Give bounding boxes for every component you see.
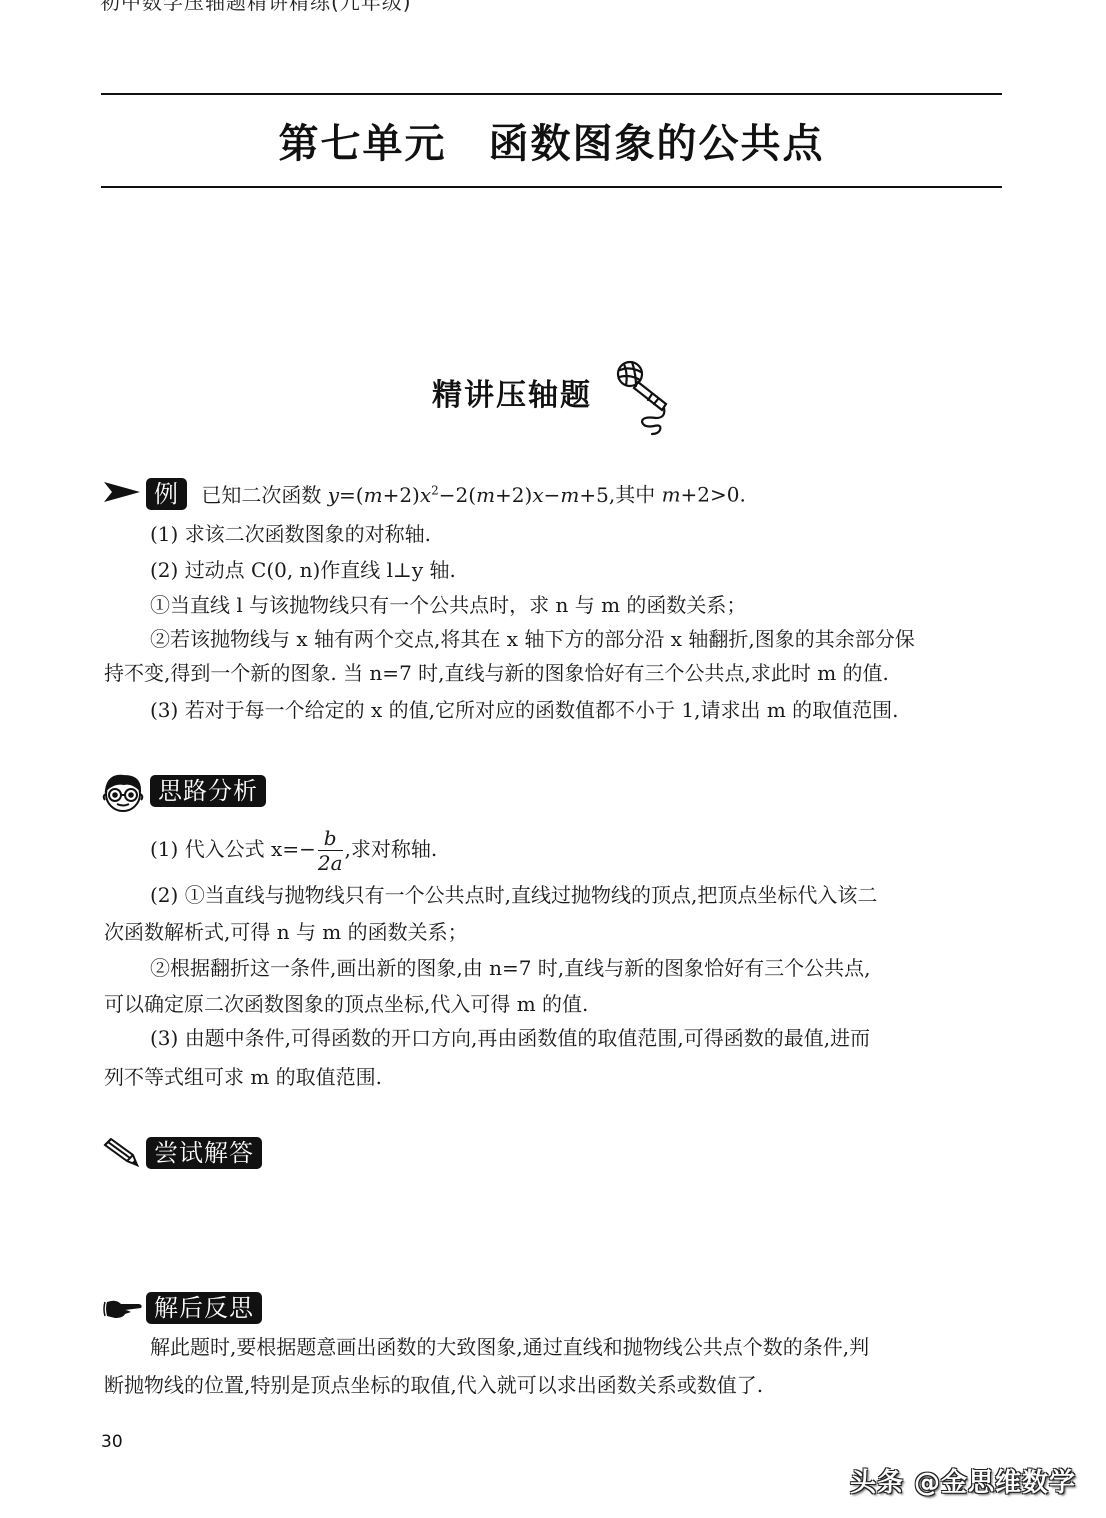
analysis-p2-line2: 次函数解析式,可得 n 与 m 的函数关系； [104,918,468,946]
top-rule [101,93,1002,95]
pointing-hand-icon [103,1296,143,1320]
analysis-p4-line2: 列不等式组可求 m 的取值范围. [104,1063,382,1091]
watermark: 头条 @金思维数学 [850,1462,1076,1499]
student-face-icon [100,772,146,814]
example-statement: 例 已知二次函数 y=(m+2)x2−2(m+2)x−m+5,其中 m+2>0. [146,476,746,510]
analysis-p4-line1: (3) 由题中条件,可得函数的开口方向,再由函数值的取值范围,可得函数的最值,进… [150,1024,870,1052]
fraction-b-over-2a: b2a [318,828,343,873]
analysis-header: 思路分析 [150,775,266,807]
question-1: (1) 求该二次函数图象的对称轴. [150,520,431,548]
example-condition-prefix: ,其中 [609,483,655,507]
reflection-badge: 解后反思 [146,1292,262,1324]
question-2-1: ①当直线 l 与该抛物线只有一个公共点时，求 n 与 m 的函数关系； [150,591,746,619]
example-intro: 已知二次函数 [201,483,321,507]
example-badge: 例 [146,478,187,510]
reflection-header: 解后反思 [146,1292,262,1324]
analysis-p3-line1: ②根据翻折这一条件,画出新的图象,由 n=7 时,直线与新的图象恰好有三个公共点… [150,954,871,982]
attempt-header: 尝试解答 [146,1137,262,1169]
fraction-numerator: b [318,828,343,851]
reflection-line2: 断抛物线的位置,特别是顶点坐标的取值,代入就可以求出函数关系或数值了. [104,1371,763,1399]
microphone-icon [614,358,680,436]
example-formula: y=(m+2)x2−2(m+2)x−m+5 [328,483,609,507]
analysis-p2-line1: (2) ①当直线与抛物线只有一个公共点时,直线过抛物线的顶点,把顶点坐标代入该二 [150,881,877,909]
example-condition: m+2>0. [662,483,746,507]
analysis-p1: (1) 代入公式 x=−b2a,求对称轴. [150,826,437,873]
bottom-rule [101,186,1002,188]
arrow-marker-icon [104,480,140,504]
analysis-p3-line2: 可以确定原二次函数图象的顶点坐标,代入可得 m 的值. [104,990,588,1018]
chapter-title: 第七单元 函数图象的公共点 [101,112,1002,169]
fraction-denominator: 2a [318,851,343,873]
analysis-p1-prefix: (1) 代入公式 x=− [150,837,316,861]
analysis-p1-suffix: ,求对称轴. [345,837,438,861]
pencil-icon [103,1137,139,1167]
section-title: 精讲压轴题 [432,370,592,414]
reflection-line1: 解此题时,要根据题意画出函数的大致图象,通过直线和抛物线公共点个数的条件,判 [150,1333,869,1361]
running-head: 初中数学压轴题精讲精练(九年级) [100,0,412,15]
attempt-badge: 尝试解答 [146,1137,262,1169]
page-number: 30 [101,1432,123,1452]
question-2-2-line2: 持不变,得到一个新的图象. 当 n=7 时,直线与新的图象恰好有三个公共点,求此… [104,659,889,687]
analysis-badge: 思路分析 [150,775,266,807]
question-2-2-line1: ②若该抛物线与 x 轴有两个交点,将其在 x 轴下方的部分沿 x 轴翻折,图象的… [150,625,915,653]
question-3: (3) 若对于每一个给定的 x 的值,它所对应的函数值都不小于 1,请求出 m … [150,696,899,724]
question-2: (2) 过动点 C(0, n)作直线 l⊥y 轴. [150,556,456,584]
